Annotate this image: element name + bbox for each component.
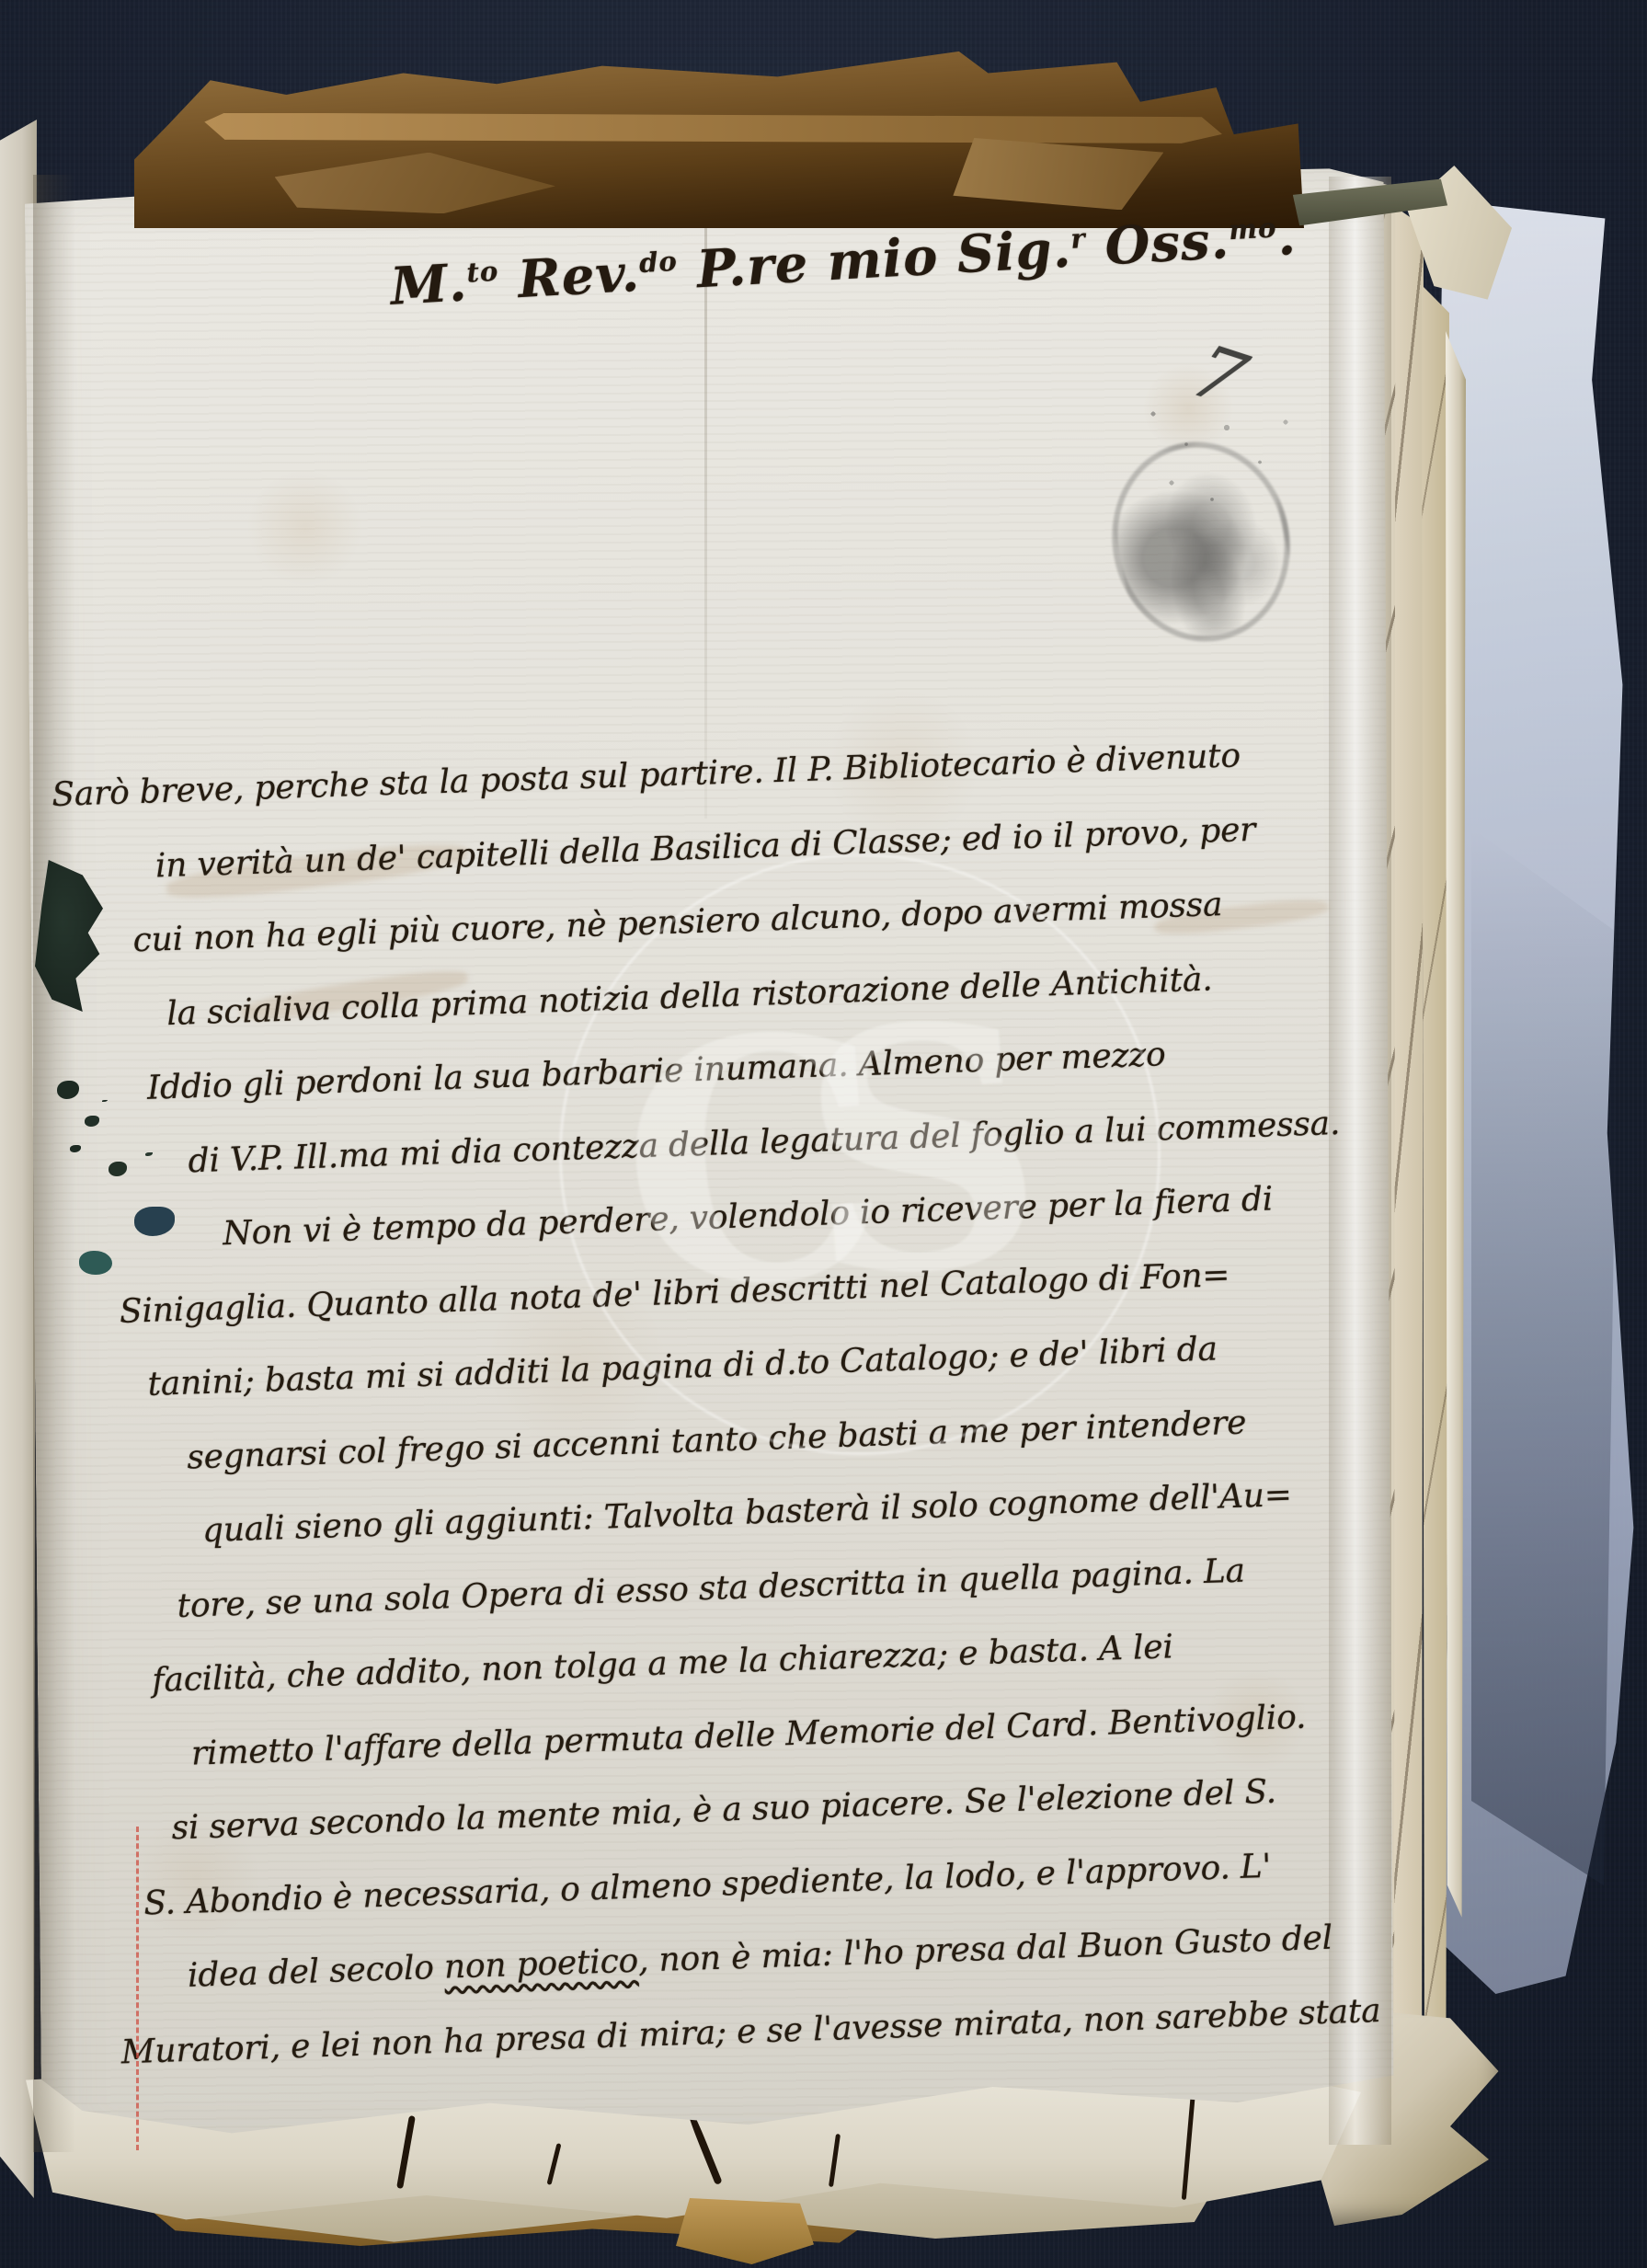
- salutation-superscript: r: [1069, 223, 1086, 255]
- underlined-phrase: non poetico: [443, 1942, 638, 1987]
- salutation-part: Rev.: [498, 243, 642, 311]
- salutation-part: Oss.: [1084, 210, 1230, 279]
- salutation-superscript: mo: [1228, 212, 1277, 246]
- salutation-superscript: do: [638, 246, 679, 279]
- kraft-torn-strip: [204, 113, 1222, 143]
- binding-gutter-shadow: [33, 175, 75, 2152]
- line-segment: idea del secolo: [187, 1949, 444, 1995]
- letter-body: Sarò breve, perche sta la posta sul part…: [138, 715, 1439, 2089]
- kraft-torn-flap: [953, 138, 1163, 210]
- kraft-torn-flap: [275, 153, 555, 214]
- line-segment: , non è mia: l'ho presa dal Buon Gusto d…: [637, 1919, 1332, 1980]
- tissue-shadow: [1471, 828, 1618, 1885]
- salutation-superscript: to: [465, 256, 499, 289]
- manuscript-photo: M.to Rev.do P.re mio Sig.r Oss.mo. 7 Sar…: [0, 0, 1647, 2268]
- salutation-part: M.: [389, 252, 469, 317]
- salutation-part: .: [1275, 206, 1298, 268]
- teal-ink-fleck: [79, 1251, 112, 1275]
- red-chain-stitch-line: [136, 1827, 139, 2150]
